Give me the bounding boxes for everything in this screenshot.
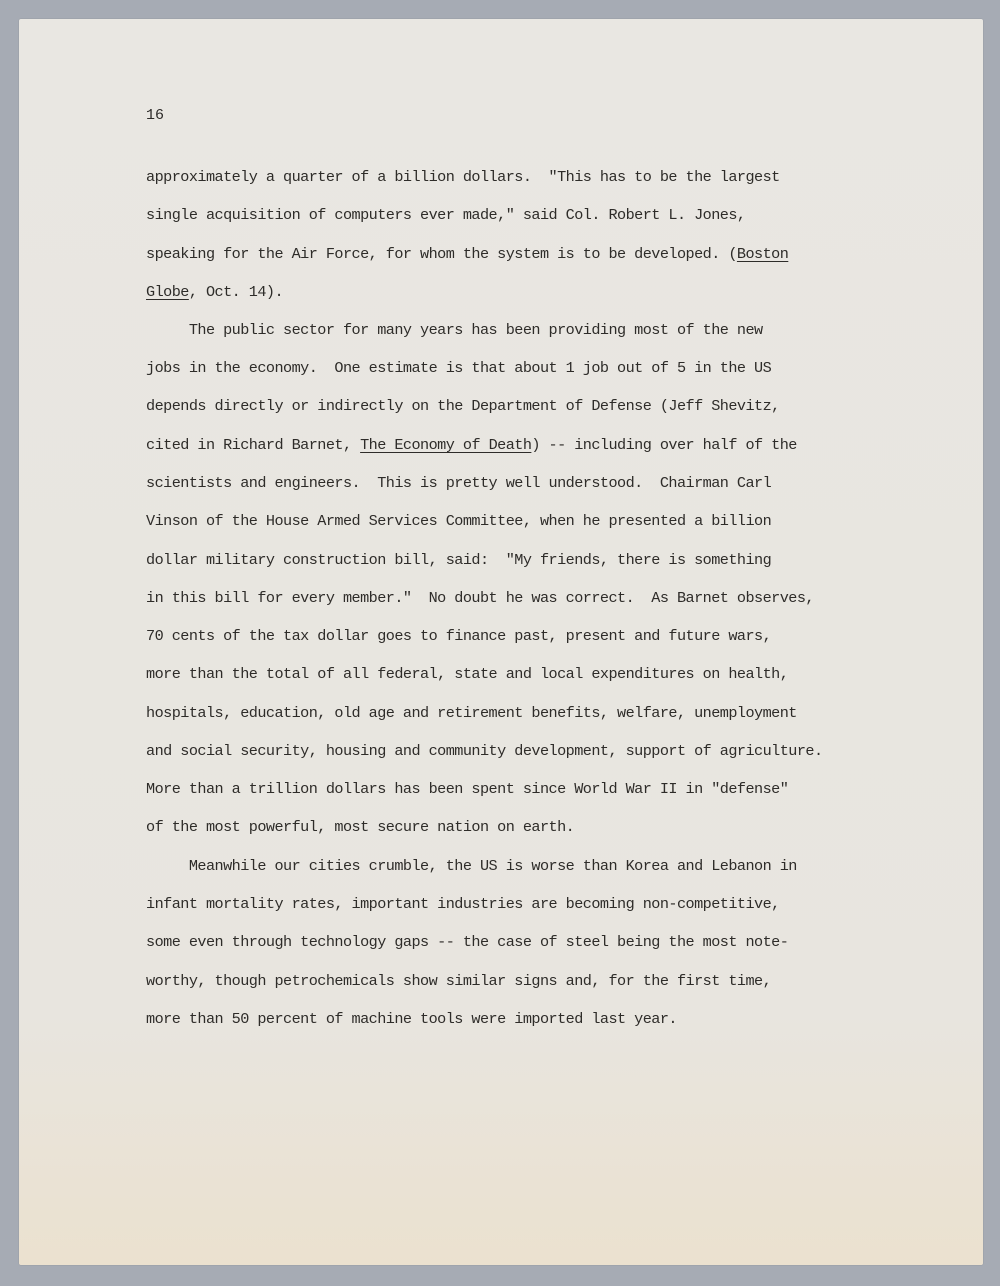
text-segment: , Oct. 14). [189, 283, 283, 301]
text-line: depends directly or indirectly on the De… [146, 397, 780, 415]
text-segment: speaking for the Air Force, for whom the… [146, 245, 737, 263]
text-line: Globe, Oct. 14). [146, 283, 283, 301]
underlined-title: Globe [146, 283, 189, 301]
text-line: More than a trillion dollars has been sp… [146, 780, 788, 798]
text-segment: cited in Richard Barnet, [146, 436, 360, 454]
text-segment: ) -- including over half of the [531, 436, 796, 454]
text-line: cited in Richard Barnet, The Economy of … [146, 436, 797, 454]
text-line: Meanwhile our cities crumble, the US is … [146, 857, 797, 875]
text-line: Vinson of the House Armed Services Commi… [146, 512, 771, 530]
text-line: single acquisition of computers ever mad… [146, 206, 745, 224]
text-line: The public sector for many years has bee… [146, 321, 763, 339]
text-line: some even through technology gaps -- the… [146, 933, 788, 951]
underlined-title: The Economy of Death [360, 436, 531, 454]
text-line: speaking for the Air Force, for whom the… [146, 245, 788, 263]
text-line: worthy, though petrochemicals show simil… [146, 972, 771, 990]
text-line: more than the total of all federal, stat… [146, 665, 788, 683]
document-page: 16 approximately a quarter of a billion … [19, 19, 983, 1265]
text-line: in this bill for every member." No doubt… [146, 589, 814, 607]
text-line: scientists and engineers. This is pretty… [146, 474, 771, 492]
text-line: jobs in the economy. One estimate is tha… [146, 359, 771, 377]
underlined-title: Boston [737, 245, 788, 263]
text-line: of the most powerful, most secure nation… [146, 818, 574, 836]
text-line: and social security, housing and communi… [146, 742, 823, 760]
text-line: 70 cents of the tax dollar goes to finan… [146, 627, 771, 645]
page-number: 16 [146, 107, 164, 124]
text-line: infant mortality rates, important indust… [146, 895, 780, 913]
text-line: more than 50 percent of machine tools we… [146, 1010, 677, 1028]
text-line: hospitals, education, old age and retire… [146, 704, 797, 722]
text-line: approximately a quarter of a billion dol… [146, 168, 780, 186]
text-line: dollar military construction bill, said:… [146, 551, 771, 569]
